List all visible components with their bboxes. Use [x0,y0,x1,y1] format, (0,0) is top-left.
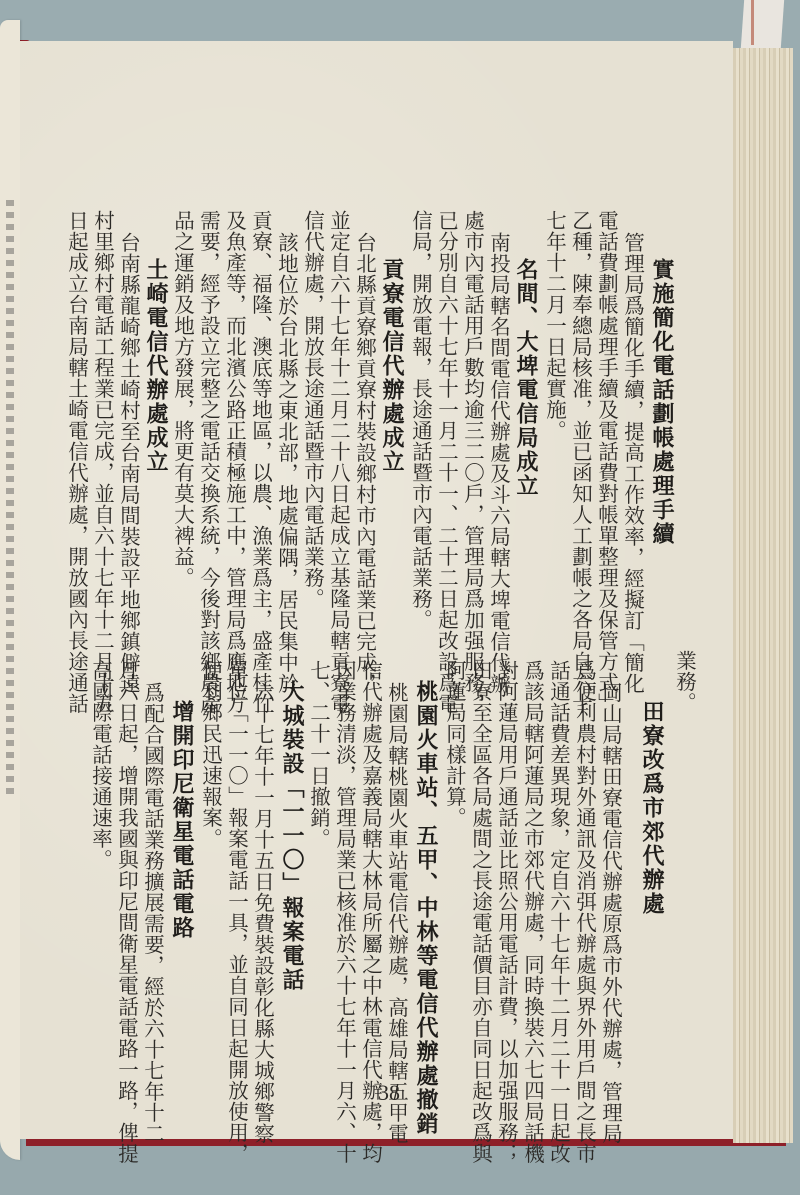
text-line: 桃園局轄桃園火車站電信代辦處，高雄局轄五甲電 [386,682,407,1144]
section-title: 實施簡化電話劃帳處理手續 [650,258,672,546]
text-line: 南投局轄名間電信代辦處及斗六局轄大埤電信代辦 [488,232,509,694]
section-title: 名間、大埤電信局成立 [514,258,536,498]
text-line: 品之運銷及地方發展，將更有莫大裨益。 [172,210,193,588]
text-line: 信代辦處，開放長途通話暨市內電話業務。 [302,210,323,609]
text-line: 爲便利農村對外通訊及消弭代辦處與界外用戶間之長市 [574,660,595,1164]
text-line: 對阿蓮局用戶通話並比照公用電話計費，以加强服務； [496,660,517,1164]
text-line: 貢寮、福隆、澳底等地區，以農、漁業爲主，盛產桂竹 [250,210,271,714]
text-line: 便利鄉民迅速報案。 [200,660,221,849]
text-line: 管理局爲簡化手續，提高工作效率，經擬訂「簡化 [622,232,643,694]
text-line: 爲配合國際電話業務擴展需要，經於六十七年十二 [142,682,163,1144]
text-line: 及魚產等，而北濱公路正積極施工中，管理局爲應地方 [224,210,245,714]
page-number: 38 [378,1080,400,1106]
section-title: 大城裝設「一一〇」報案電話 [280,680,302,992]
page-stack-edge [733,48,793,1143]
text-line: 需要，經予設立完整之電話交換系統，今後對該鄉農產 [198,210,219,714]
text-line: 已分別自六十七年十一月二十一、二十二日起改設爲電 [436,210,457,714]
text-line: 阿蓮局同樣計算。 [444,660,465,828]
text-line: 信局，開放電報，長途通話暨市內電話業務。 [410,210,431,630]
text-line: 該地位於台北縣之東北部，地處偏隅，居民集中於 [276,232,297,694]
bookmark-edge [751,0,754,45]
text-line: 高國際電話接通速率。 [90,660,111,870]
facing-page-edge [0,20,20,1160]
text-line: 台南縣龍崎鄉土崎村至台南局間裝設平地鄉鎮僻遠 [118,232,139,694]
text-line: 田寮至全區各局處間之長途電話價目亦自同日起改爲與 [470,660,491,1164]
section-title: 田寮改爲市郊代辦處 [640,700,662,916]
text-line: 並定自六十七年十二月二十八日起成立基隆局轄貢寮電 [328,210,349,714]
text-line: 月六日起，增開我國與印尼間衛星電話電路一路，俾提 [116,660,137,1164]
text-line: 日起成立台南局轄土崎電信代辦處，開放國內長途通話 [66,210,87,714]
section-title: 增開印尼衛星電話電路 [170,700,192,940]
text-line: 村里鄉村電話工程業已完成，並自六十七年十二月十五 [92,210,113,714]
text-line: 岡山局轄田寮電信代辦處原爲市外代辦處，管理局 [600,682,621,1144]
continuation-text: 業務。 [674,650,695,713]
text-line: 處市內電話用戶數均逾三二〇戶，管理局爲加强服務， [462,210,483,714]
section-title: 土崎電信代辦處成立 [144,258,166,474]
section-title: 桃園火車站、五甲、中林等電信代辦處撤銷 [414,680,436,1136]
facing-page-text [3,200,17,800]
text-line: 電話費劃帳處理手續及電話費對帳單整理及保管方式」 [596,210,617,714]
text-line: 單位「一一〇」報案電話一具，並自同日起開放使用， [226,660,247,1164]
text-line: 台北縣貢寮鄉貢寮村裝設鄉村市內電話業已完成， [354,232,375,694]
text-line: 因業務清淡，管理局業已核准於六十七年十一月六、十 [334,660,355,1164]
text-line: 話通話費差異現象，定自六十七年十二月二十一日起改 [548,660,569,1164]
text-line: 七年十二月一日起實施。 [544,210,565,441]
section-title: 貢寮電信代辦處成立 [380,258,402,474]
text-line: 乙種，陳奉總局核准，並已函知人工劃帳之各局自六十 [570,210,591,714]
text-line: 爲該局轄阿蓮局之市郊代辦處，同時換裝六七四局話機 [522,660,543,1164]
text-line: 六十七年十一月十五日免費裝設彰化縣大城鄉警察 [252,682,273,1144]
text-line: 七、二十一日撤銷。 [308,660,329,849]
